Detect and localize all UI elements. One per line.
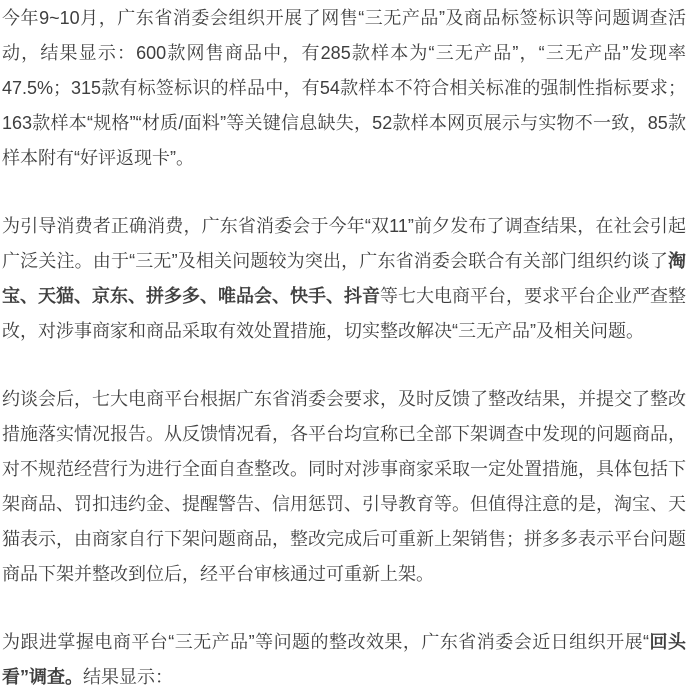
paragraph-rectification-feedback: 约谈会后，七大电商平台根据广东省消委会要求，及时反馈了整改结果，并提交了整改措施… <box>2 382 686 592</box>
paragraph-text: 结果显示： <box>83 667 173 687</box>
paragraph-follow-up-survey: 为跟进掌握电商平台“三无产品”等问题的整改效果，广东省消委会近日组织开展“回头看… <box>2 625 686 695</box>
paragraph-text: 今年9~10月，广东省消委会组织开展了网售“三无产品”及商品标签标识等问题调查活… <box>2 8 686 168</box>
paragraph-platform-talks: 为引导消费者正确消费，广东省消委会于今年“双11”前夕发布了调查结果，在社会引起… <box>2 209 686 349</box>
paragraph-text: 为引导消费者正确消费，广东省消委会于今年“双11”前夕发布了调查结果，在社会引起… <box>2 216 686 271</box>
paragraph-text: 为跟进掌握电商平台“三无产品”等问题的整改效果，广东省消委会近日组织开展“ <box>2 632 649 652</box>
article-body: 今年9~10月，广东省消委会组织开展了网售“三无产品”及商品标签标识等问题调查活… <box>0 0 687 695</box>
paragraph-text: 约谈会后，七大电商平台根据广东省消委会要求，及时反馈了整改结果，并提交了整改措施… <box>2 389 686 584</box>
paragraph-survey-findings: 今年9~10月，广东省消委会组织开展了网售“三无产品”及商品标签标识等问题调查活… <box>2 1 686 176</box>
